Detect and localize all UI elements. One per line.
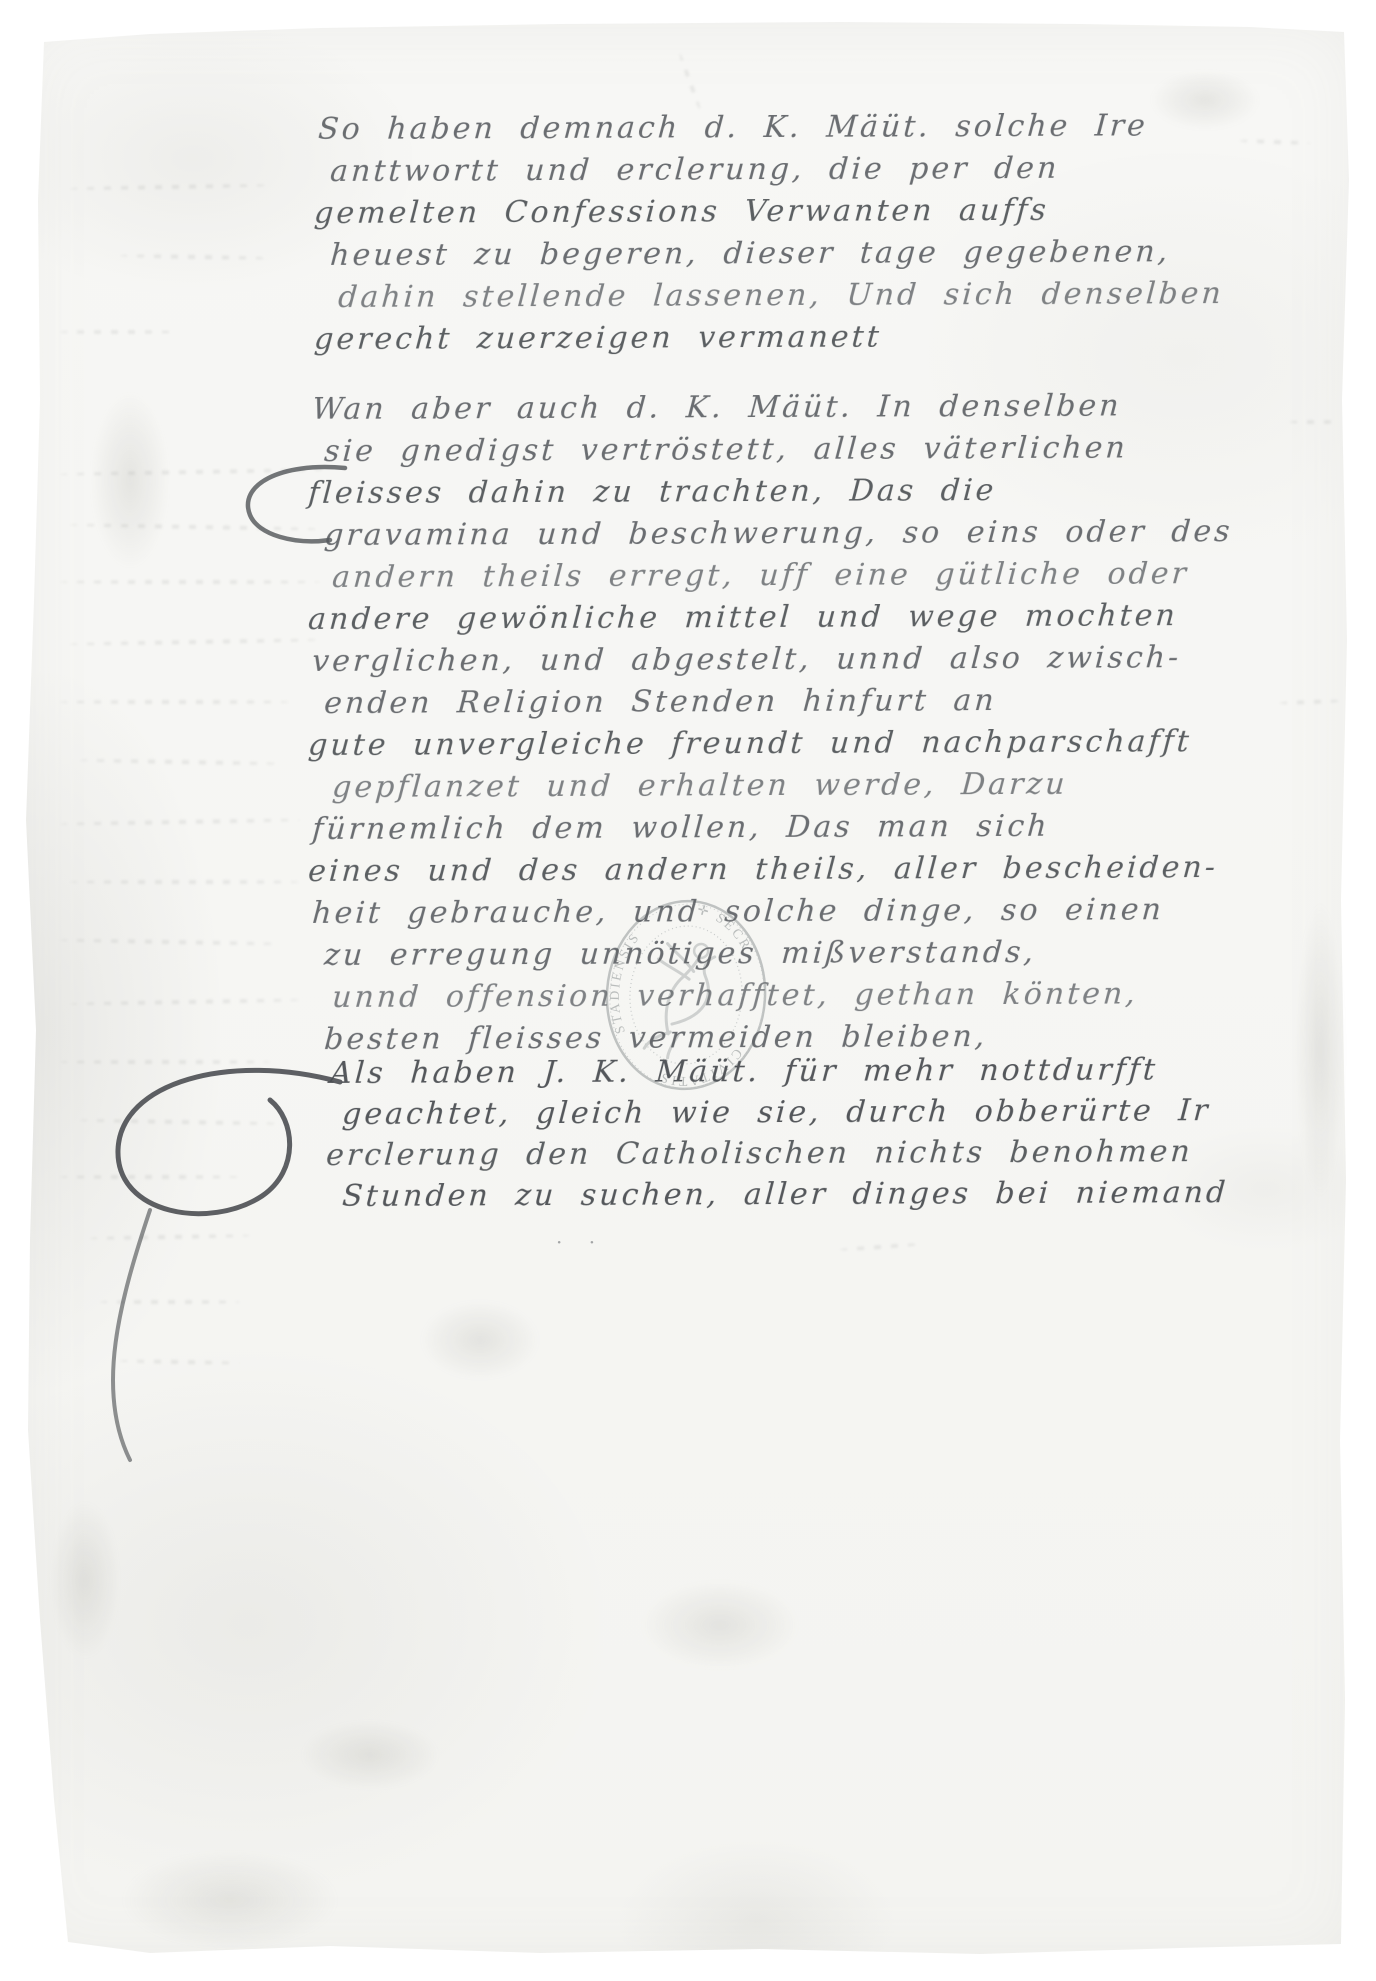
manuscript-line: gute unvergleiche freundt und nachparsch… bbox=[307, 724, 1274, 770]
manuscript-line: gerecht zuerzeigen vermanett bbox=[313, 318, 1280, 364]
ink-dots-mark: · · bbox=[556, 1230, 605, 1254]
manuscript-line: andere gewönliche mittel und wege mochte… bbox=[307, 598, 1274, 644]
manuscript-line: dahin stellende lassenen, Und sich dense… bbox=[337, 276, 1280, 322]
manuscript-line: heit gebrauche, und solche dinge, so ein… bbox=[311, 892, 1274, 938]
manuscript-line: Wan aber auch d. K. Mäüt. In denselben bbox=[311, 388, 1274, 434]
manuscript-line: heuest zu begeren, dieser tage gegebenen… bbox=[329, 234, 1280, 280]
manuscript-line: erclerung den Catholischen nichts benohm… bbox=[325, 1134, 1292, 1179]
manuscript-line: fürnemlich dem wollen, Das man sich bbox=[311, 808, 1274, 854]
manuscript-line: andern theils erregt, uff eine gütliche … bbox=[331, 556, 1274, 602]
manuscript-line: fleisses dahin zu trachten, Das die bbox=[307, 472, 1274, 518]
manuscript-line: Als haben J. K. Mäüt. für mehr nottdurff… bbox=[329, 1052, 1292, 1097]
manuscript-line: zu erregung unnötiges mißverstands, bbox=[323, 934, 1274, 980]
manuscript-line: verglichen, und abgestelt, unnd also zwi… bbox=[311, 640, 1274, 686]
paragraph: Wan aber auch d. K. Mäüt. In denselbensi… bbox=[312, 392, 1272, 1064]
manuscript-line: eines und des andern theils, aller besch… bbox=[307, 850, 1274, 896]
manuscript-line: gemelten Confessions Verwanten auffs bbox=[313, 192, 1280, 238]
manuscript-line: enden Religion Stenden hinfurt an bbox=[323, 682, 1274, 728]
manuscript-line: unnd offension verhafftet, gethan könten… bbox=[331, 976, 1274, 1022]
text-layer: So haben demnach d. K. Mäüt. solche Irea… bbox=[0, 0, 1376, 1981]
paragraph: So haben demnach d. K. Mäüt. solche Irea… bbox=[318, 112, 1278, 364]
manuscript-line: Stunden zu suchen, aller dinges bei niem… bbox=[341, 1175, 1292, 1220]
manuscript-line: So haben demnach d. K. Mäüt. solche Ire bbox=[317, 108, 1280, 154]
manuscript-line: gepflanzet und erhalten werde, Darzu bbox=[331, 766, 1274, 812]
manuscript-line: geachtet, gleich wie sie, durch obberürt… bbox=[341, 1093, 1292, 1138]
paragraph: Als haben J. K. Mäüt. für mehr nottdurff… bbox=[330, 1056, 1290, 1220]
manuscript-line: gravamina und beschwerung, so eins oder … bbox=[323, 514, 1274, 560]
manuscript-line: anttwortt und erclerung, die per den bbox=[329, 150, 1280, 196]
manuscript-line: sie gnedigst vertröstett, alles väterlic… bbox=[323, 430, 1274, 476]
